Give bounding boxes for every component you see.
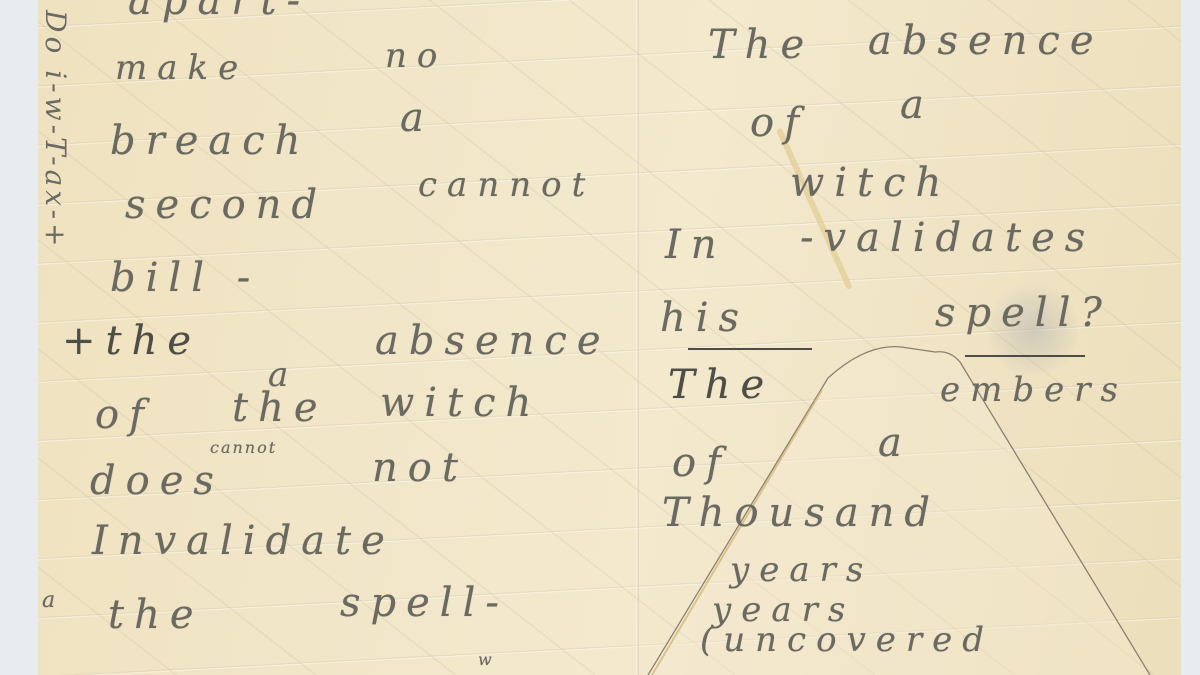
word: not bbox=[372, 445, 468, 491]
word: breach bbox=[110, 118, 310, 164]
word: embers bbox=[940, 370, 1128, 410]
word: (uncovered bbox=[700, 620, 994, 660]
margin-note: Do i-w-T-ax-+ bbox=[39, 10, 72, 251]
word: a bbox=[878, 420, 912, 466]
inserted-word: cannot bbox=[210, 438, 277, 457]
word: witch bbox=[790, 160, 951, 206]
underline bbox=[965, 355, 1085, 357]
word: a bbox=[400, 95, 434, 141]
word: does bbox=[90, 458, 224, 504]
word: bill - bbox=[110, 255, 260, 301]
word: his bbox=[660, 295, 749, 341]
word: -validates bbox=[800, 215, 1095, 261]
word: absence bbox=[868, 18, 1104, 64]
word: the bbox=[108, 592, 204, 638]
word: make bbox=[115, 48, 248, 88]
word: no bbox=[385, 36, 447, 76]
word: spell? bbox=[935, 290, 1112, 336]
word: absence bbox=[375, 318, 611, 364]
word: cannot bbox=[418, 165, 595, 205]
underline bbox=[688, 348, 812, 350]
word: second bbox=[125, 182, 327, 228]
paper-stain bbox=[776, 128, 853, 290]
word: witch bbox=[380, 380, 541, 426]
word: of bbox=[672, 440, 731, 486]
word: apart- bbox=[128, 0, 310, 24]
word: The bbox=[708, 22, 814, 68]
word: w bbox=[478, 650, 494, 669]
word: of bbox=[750, 100, 809, 146]
margin-word: a bbox=[42, 588, 61, 613]
word: Thousand bbox=[662, 490, 940, 536]
word: the bbox=[232, 385, 328, 431]
word: a bbox=[900, 82, 934, 128]
word: years bbox=[730, 550, 873, 590]
word: Invalidate bbox=[92, 518, 395, 564]
word: In bbox=[665, 222, 727, 268]
word: The bbox=[668, 362, 774, 408]
word: of bbox=[95, 392, 154, 438]
paper-fold-crease bbox=[636, 0, 639, 675]
word: +the bbox=[62, 318, 201, 364]
word: spell- bbox=[340, 580, 509, 626]
